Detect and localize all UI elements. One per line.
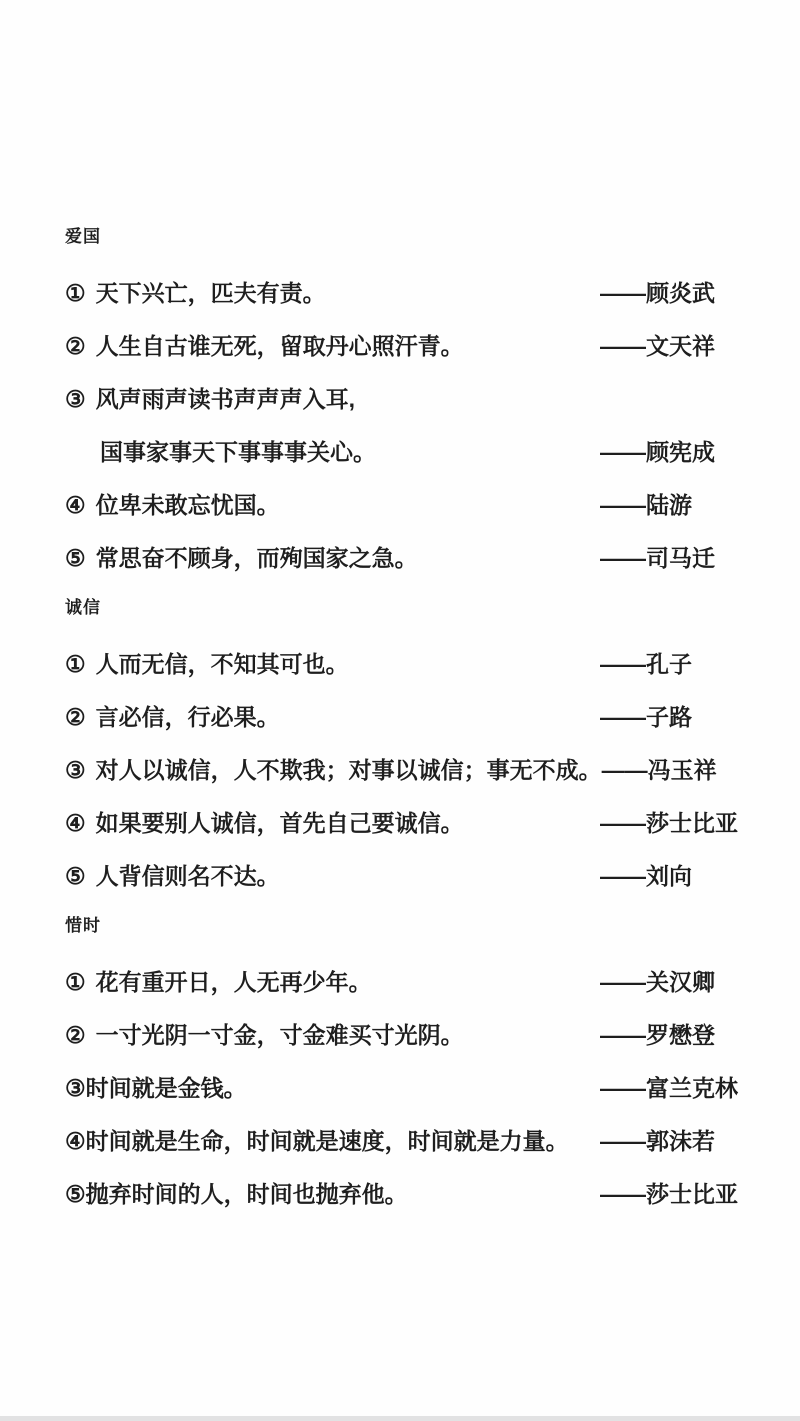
quote-body: 如果要别人诚信，首先自己要诚信。 [96,810,464,836]
quote-number-marker: ② [65,702,86,732]
quote-body: 抛弃时间的人，时间也抛弃他。 [86,1181,408,1207]
quote-row-3-3: ③时间就是金钱。——富兰克林 [65,1073,770,1103]
quote-body: 位卑未敢忘忧国。 [96,492,280,518]
quote-row-3-4: ④时间就是生命，时间就是速度，时间就是力量。——郭沫若 [65,1126,770,1156]
quote-author: ——罗懋登 [600,1020,715,1050]
quote-row-3-1: ①花有重开日，人无再少年。——关汉卿 [65,967,770,997]
quote-author: ——顾宪成 [600,437,715,467]
quote-number-marker: ⑤ [65,543,86,573]
bottom-edge-bar [0,1416,800,1421]
section-title-2: 诚信 [65,596,770,619]
quote-number-marker: ② [65,331,86,361]
quote-text: ④位卑未敢忘忧国。 [65,490,600,520]
quote-author: ——陆游 [600,490,692,520]
section-title-3: 惜时 [65,914,770,937]
quote-author: ——顾炎武 [600,278,715,308]
quote-text: ④如果要别人诚信，首先自己要诚信。 [65,808,600,838]
quote-body: 天下兴亡，匹夫有责。 [96,280,326,306]
quote-row-1-3: ③风声雨声读书声声声入耳, [65,384,770,414]
quote-author: ——文天祥 [600,331,715,361]
quote-author: ——司马迁 [600,543,715,573]
quote-row-1-1: ①天下兴亡，匹夫有责。——顾炎武 [65,278,770,308]
quote-number-marker: ② [65,1020,86,1050]
quote-body: 时间就是金钱。 [86,1075,247,1101]
quote-author: ——孔子 [600,649,692,679]
quote-author: ——莎士比亚 [600,808,738,838]
quote-number-marker: ③ [65,755,86,785]
quote-body: 常思奋不顾身，而殉国家之急。 [96,545,418,571]
document-content: 爱国①天下兴亡，匹夫有责。——顾炎武②人生自古谁无死，留取丹心照汗青。——文天祥… [65,225,770,1232]
quote-row-1-2: ②人生自古谁无死，留取丹心照汗青。——文天祥 [65,331,770,361]
quote-row-2-2: ②言必信，行必果。——子路 [65,702,770,732]
quote-row-2-1: ①人而无信，不知其可也。——孔子 [65,649,770,679]
quote-text: ⑤人背信则名不达。 [65,861,600,891]
quote-text: ⑤抛弃时间的人，时间也抛弃他。 [65,1179,600,1209]
quote-number-marker: ③ [65,1073,86,1103]
quote-number-marker: ① [65,967,86,997]
quote-number-marker: ① [65,649,86,679]
quote-body: 一寸光阴一寸金，寸金难买寸光阴。 [96,1022,464,1048]
quote-row-2-3: ③对人以诚信，人不欺我；对事以诚信；事无不成。——冯玉祥 [65,755,770,785]
document-page: 爱国①天下兴亡，匹夫有责。——顾炎武②人生自古谁无死，留取丹心照汗青。——文天祥… [0,0,800,1421]
quote-text: ②言必信，行必果。 [65,702,600,732]
quote-body: 人生自古谁无死，留取丹心照汗青。 [96,333,464,359]
quote-row-2-4: ④如果要别人诚信，首先自己要诚信。——莎士比亚 [65,808,770,838]
quote-number-marker: ① [65,278,86,308]
quote-body: 时间就是生命，时间就是速度，时间就是力量。 [86,1128,569,1154]
quote-text: ⑤常思奋不顾身，而殉国家之急。 [65,543,600,573]
quote-text: ③对人以诚信，人不欺我；对事以诚信；事无不成。 [65,755,602,785]
quote-row-3-5: ⑤抛弃时间的人，时间也抛弃他。——莎士比亚 [65,1179,770,1209]
quote-author: ——子路 [600,702,692,732]
quote-body: 人背信则名不达。 [96,863,280,889]
quote-author: ——莎士比亚 [600,1179,738,1209]
quote-number-marker: ④ [65,1126,86,1156]
quote-number-marker: ③ [65,384,86,414]
quote-text: ③时间就是金钱。 [65,1073,600,1103]
quote-author: ——刘向 [600,861,692,891]
quote-text: ③风声雨声读书声声声入耳, [65,384,600,414]
quote-text: 国事家事天下事事事关心。 [100,437,600,467]
quote-text: ①天下兴亡，匹夫有责。 [65,278,600,308]
quote-number-marker: ⑤ [65,1179,86,1209]
quote-author: ——郭沫若 [600,1126,715,1156]
quote-body: 花有重开日，人无再少年。 [96,969,372,995]
quote-text: ④时间就是生命，时间就是速度，时间就是力量。 [65,1126,600,1156]
quote-author: ——富兰克林 [600,1073,738,1103]
quote-body: 言必信，行必果。 [96,704,280,730]
quote-body: 风声雨声读书声声声入耳, [96,386,355,412]
quote-row-3-2: ②一寸光阴一寸金，寸金难买寸光阴。——罗懋登 [65,1020,770,1050]
quote-row-1-5: ⑤常思奋不顾身，而殉国家之急。——司马迁 [65,543,770,573]
quote-body: 人而无信，不知其可也。 [96,651,349,677]
quote-row-2-5: ⑤人背信则名不达。——刘向 [65,861,770,891]
section-title-1: 爱国 [65,225,770,248]
quote-body: 国事家事天下事事事关心。 [100,439,376,465]
quote-number-marker: ④ [65,490,86,520]
quote-text: ②一寸光阴一寸金，寸金难买寸光阴。 [65,1020,600,1050]
quote-number-marker: ⑤ [65,861,86,891]
quote-author: ——关汉卿 [600,967,715,997]
quote-text: ①人而无信，不知其可也。 [65,649,600,679]
quote-text: ②人生自古谁无死，留取丹心照汗青。 [65,331,600,361]
quote-body: 对人以诚信，人不欺我；对事以诚信；事无不成。 [96,757,602,783]
quote-text: ①花有重开日，人无再少年。 [65,967,600,997]
quote-row-1-4: ④位卑未敢忘忧国。——陆游 [65,490,770,520]
quote-row-1-3-cont: 国事家事天下事事事关心。——顾宪成 [65,437,770,467]
quote-author: ——冯玉祥 [602,755,717,785]
quote-number-marker: ④ [65,808,86,838]
